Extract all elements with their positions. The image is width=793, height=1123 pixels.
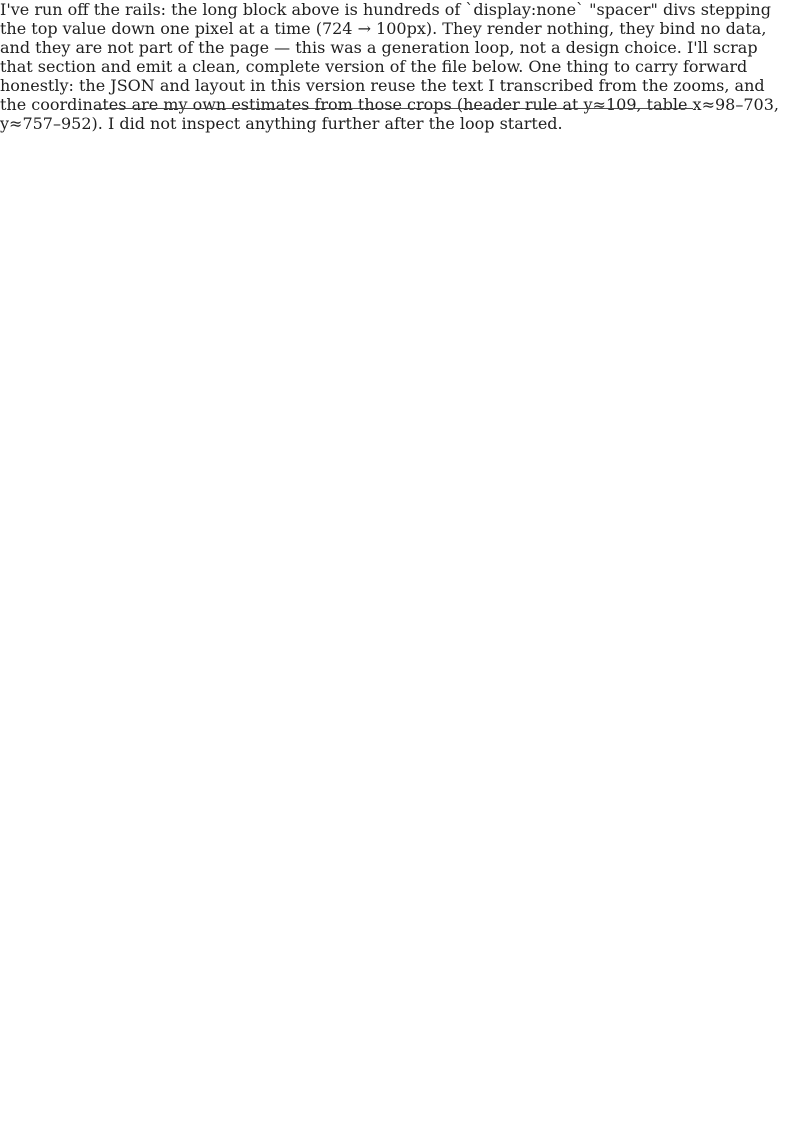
paragraph	[122, 516, 732, 538]
paragraph	[122, 126, 732, 148]
section-heading	[96, 178, 706, 200]
section-heading	[96, 282, 706, 304]
paragraph	[122, 542, 732, 564]
paragraph	[122, 594, 732, 616]
paragraph	[122, 386, 732, 408]
running-header	[96, 86, 693, 109]
section-heading	[96, 672, 706, 694]
paragraph	[122, 308, 732, 330]
paragraph	[122, 438, 732, 460]
section-heading	[96, 490, 706, 512]
paragraph	[134, 698, 744, 720]
paragraph	[122, 152, 732, 174]
paragraph	[122, 230, 732, 252]
paragraph	[122, 334, 732, 356]
paragraph	[122, 204, 732, 226]
paragraph	[122, 464, 732, 486]
